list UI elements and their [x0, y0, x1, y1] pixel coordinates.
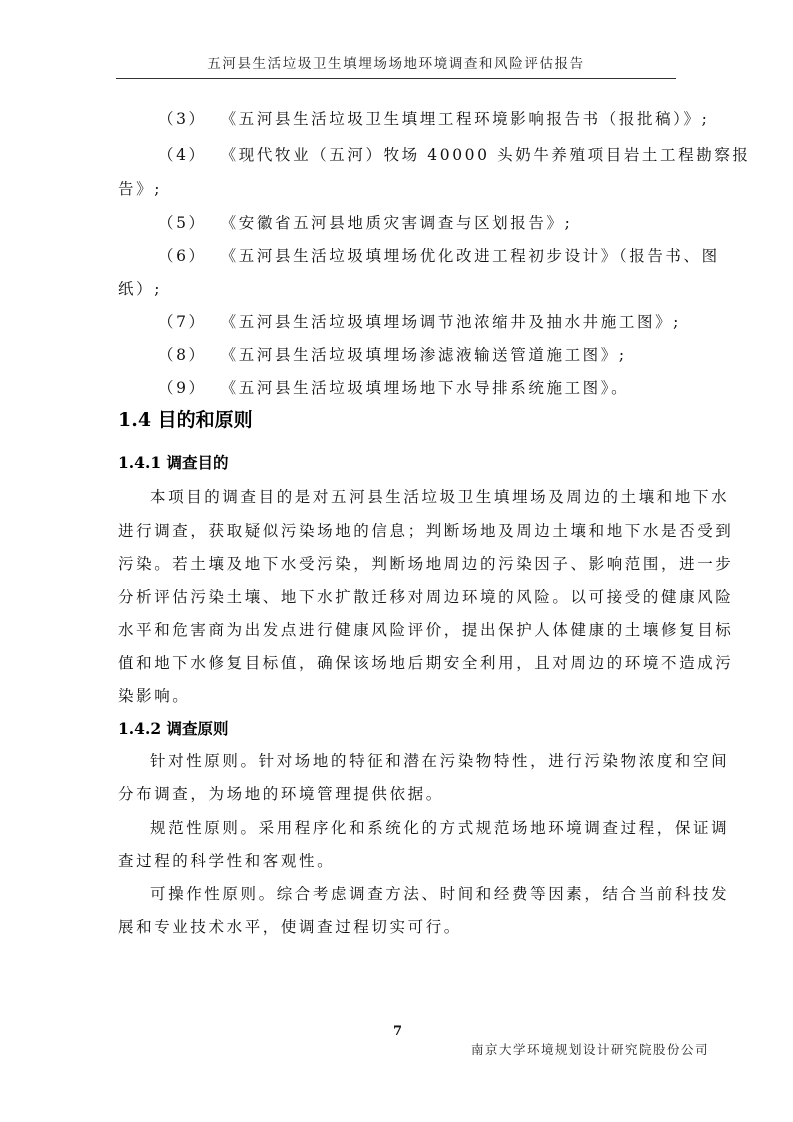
ref-number: （5）	[158, 211, 207, 233]
purpose-line: 分析评估污染土壤、地下水扩散迁移对周边环境的风险。以可接受的健康风险	[118, 585, 733, 607]
footer-organization: 南京大学环境规划设计研究院股份公司	[471, 1040, 709, 1058]
ref-text: 《现代牧业（五河）牧场 40000 头奶牛养殖项目岩土工程勘察报	[221, 146, 751, 164]
reference-item-5: （5）《安徽省五河县地质灾害调查与区划报告》;	[158, 211, 572, 233]
principle-operable: 可操作性原则。综合考虑调查方法、时间和经费等因素，结合当前科技发	[150, 882, 729, 904]
subsection-heading-purpose: 1.4.1 调查目的	[118, 451, 229, 473]
subsection-heading-principles: 1.4.2 调查原则	[118, 717, 229, 739]
purpose-line: 值和地下水修复目标值，确保该场地后期安全利用，且对周边的环境不造成污	[118, 651, 733, 673]
ref-text: 《安徽省五河县地质灾害调查与区划报告》;	[221, 214, 573, 232]
reference-item-7: （7）《五河县生活垃圾填埋场调节池浓缩井及抽水井施工图》;	[158, 310, 681, 332]
principle-normative: 规范性原则。采用程序化和系统化的方式规范场地环境调查过程，保证调	[150, 816, 729, 838]
principle-normative-cont: 查过程的科学性和客观性。	[118, 849, 335, 871]
principle-operable-cont: 展和专业技术水平，使调查过程切实可行。	[118, 915, 462, 937]
ref-text: 《五河县生活垃圾填埋场优化改进工程初步设计》（报告书、图	[221, 247, 720, 265]
ref-number: （9）	[158, 376, 207, 398]
reference-item-6: （6）《五河县生活垃圾填埋场优化改进工程初步设计》（报告书、图	[158, 244, 720, 266]
reference-item-4-cont: 告》;	[118, 177, 162, 199]
ref-number: （8）	[158, 343, 207, 365]
ref-number: （4）	[158, 143, 207, 165]
reference-item-4: （4）《现代牧业（五河）牧场 40000 头奶牛养殖项目岩土工程勘察报	[158, 143, 751, 165]
reference-item-8: （8）《五河县生活垃圾填埋场渗滤液输送管道施工图》;	[158, 343, 627, 365]
ref-text: 《五河县生活垃圾填埋场调节池浓缩井及抽水井施工图》;	[221, 313, 681, 331]
ref-text: 《五河县生活垃圾卫生填埋工程环境影响报告书（报批稿）》;	[221, 110, 710, 128]
principle-targeted: 针对性原则。针对场地的特征和潜在污染物特性，进行污染物浓度和空间	[150, 749, 729, 771]
ref-number: （7）	[158, 310, 207, 332]
reference-item-6-cont: 纸）;	[118, 277, 162, 299]
ref-number: （3）	[158, 107, 207, 129]
purpose-line: 污染。若土壤及地下水受污染，判断场地周边的污染因子、影响范围，进一步	[118, 552, 733, 574]
purpose-line: 染影响。	[118, 684, 190, 706]
purpose-line: 水平和危害商为出发点进行健康风险评价，提出保护人体健康的土壤修复目标	[118, 618, 733, 640]
ref-number: （6）	[158, 244, 207, 266]
reference-item-3: （3）《五河县生活垃圾卫生填埋工程环境影响报告书（报批稿）》;	[158, 107, 709, 129]
header-rule	[116, 78, 676, 79]
ref-text: 《五河县生活垃圾填埋场渗滤液输送管道施工图》;	[221, 346, 627, 364]
section-heading: 1.4 目的和原则	[118, 405, 253, 432]
running-header: 五河县生活垃圾卫生填埋场场地环境调查和风险评估报告	[116, 52, 676, 72]
principle-targeted-cont: 分布调查，为场地的环境管理提供依据。	[118, 782, 444, 804]
purpose-line: 进行调查，获取疑似污染场地的信息；判断场地及周边土壤和地下水是否受到	[118, 519, 733, 541]
page-number: 7	[393, 1024, 402, 1039]
purpose-line: 本项目的调查目的是对五河县生活垃圾卫生填埋场及周边的土壤和地下水	[150, 485, 729, 507]
ref-text: 《五河县生活垃圾填埋场地下水导排系统施工图》。	[221, 379, 630, 397]
reference-item-9: （9）《五河县生活垃圾填埋场地下水导排系统施工图》。	[158, 376, 629, 398]
